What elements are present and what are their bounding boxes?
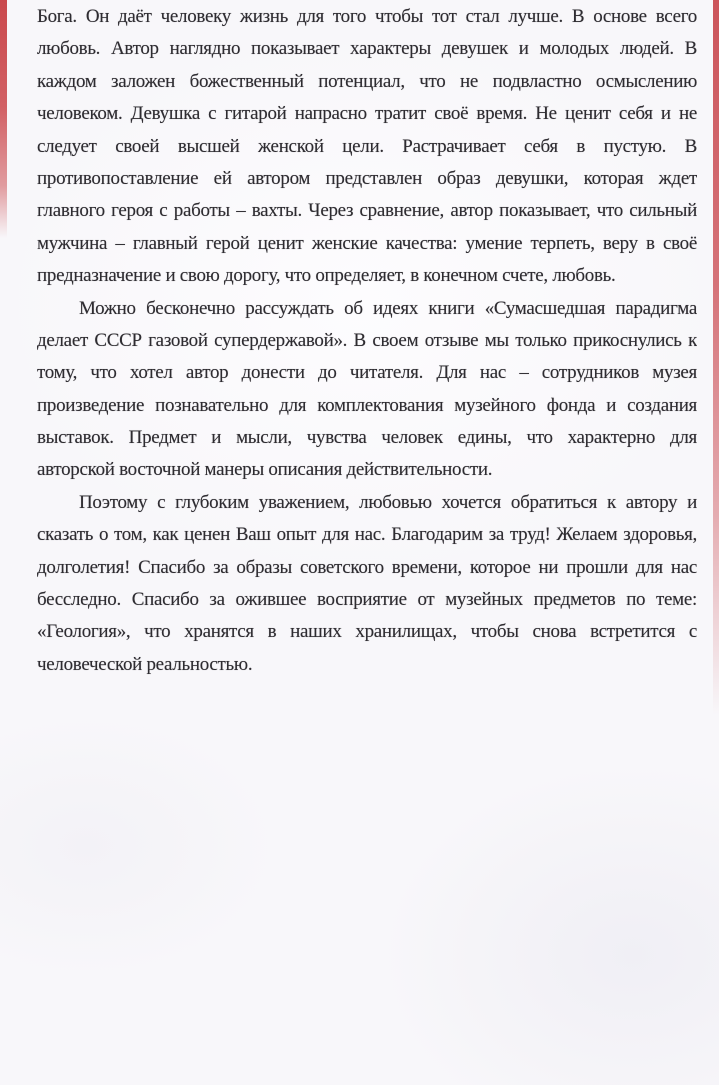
text-line: главного героя с работы – вахты. Через с… [37, 195, 697, 227]
scan-edge-mark-right [713, 0, 719, 715]
scanned-document-page: Бога. Он даёт человеку жизнь для того чт… [0, 0, 719, 1085]
text-line: сказать о том, как ценен Ваш опыт для на… [37, 519, 697, 551]
paragraph-1: Бога. Он даёт человеку жизнь для того чт… [37, 1, 697, 293]
scan-edge-mark-left [0, 0, 7, 238]
text-line: каждом заложен божественный потенциал, ч… [37, 66, 697, 98]
paragraph-2: Можно бесконечно рассуждать об идеях кни… [37, 293, 697, 487]
text-line: Можно бесконечно рассуждать об идеях кни… [37, 293, 697, 325]
text-line: произведение познавательно для комплекто… [37, 390, 697, 422]
text-line: авторской восточной манеры описания дейс… [37, 454, 697, 486]
text-line: следует своей высшей женской цели. Растр… [37, 131, 697, 163]
text-line: любовь. Автор наглядно показывает характ… [37, 33, 697, 65]
text-line: предназначение и свою дорогу, что опреде… [37, 260, 697, 292]
text-line: мужчина – главный герой ценит женские ка… [37, 228, 697, 260]
text-line: долголетия! Спасибо за образы советского… [37, 552, 697, 584]
text-line: человеческой реальностью. [37, 649, 697, 681]
text-line: Поэтому с глубоким уважением, любовью хо… [37, 487, 697, 519]
text-line: делает СССР газовой супердержавой». В св… [37, 325, 697, 357]
text-line: Бога. Он даёт человеку жизнь для того чт… [37, 1, 697, 33]
paragraph-3: Поэтому с глубоким уважением, любовью хо… [37, 487, 697, 681]
text-line: бесследно. Спасибо за ожившее восприятие… [37, 584, 697, 616]
document-text: Бога. Он даёт человеку жизнь для того чт… [37, 1, 697, 681]
text-line: противопоставление ей автором представле… [37, 163, 697, 195]
text-line: тому, что хотел автор донести до читател… [37, 357, 697, 389]
text-line: «Геология», что хранятся в наших хранили… [37, 616, 697, 648]
text-line: человеком. Девушка с гитарой напрасно тр… [37, 98, 697, 130]
text-line: выставок. Предмет и мысли, чувства челов… [37, 422, 697, 454]
